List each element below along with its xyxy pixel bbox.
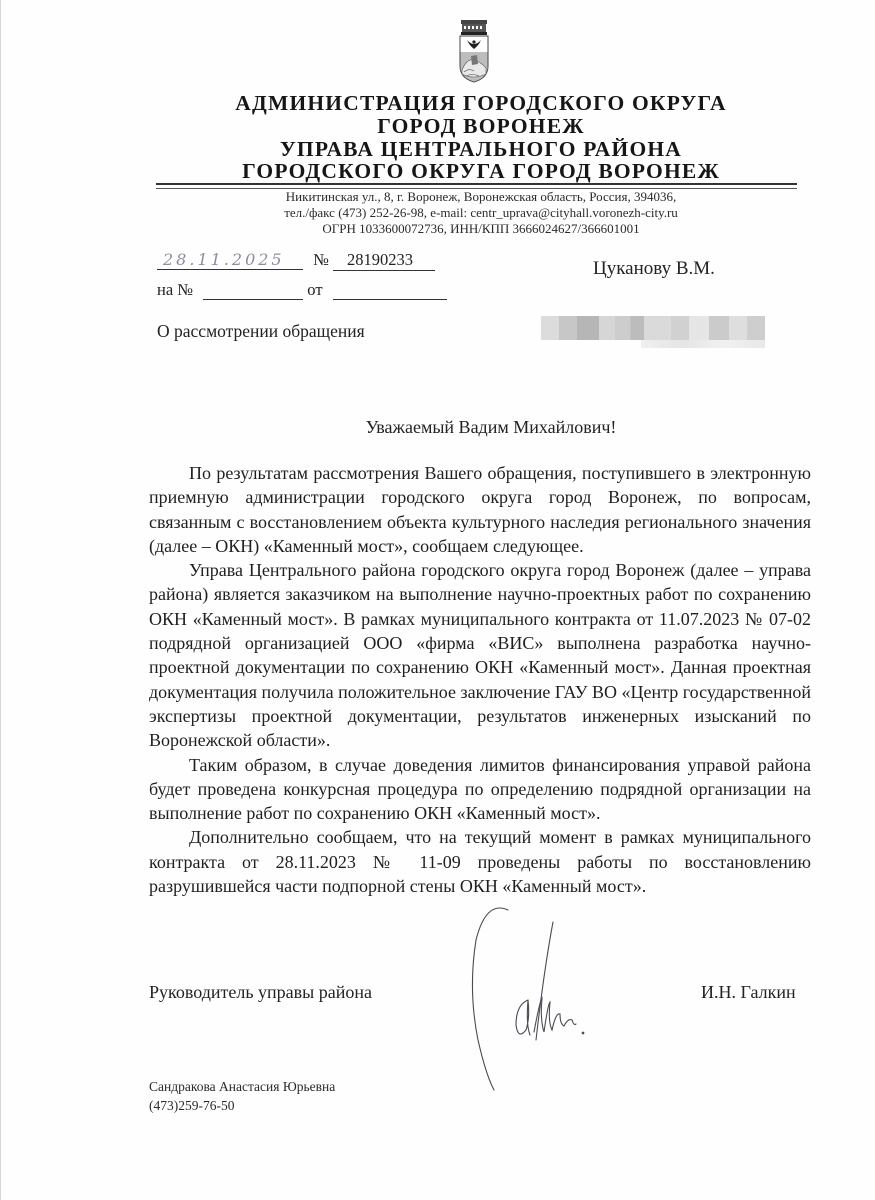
voronezh-coat-of-arms-icon: [457, 18, 491, 84]
executor-name: Сандракова Анастасия Юрьевна: [149, 1077, 335, 1096]
letterhead-line-1: АДМИНИСТРАЦИЯ ГОРОДСКОГО ОКРУГА: [151, 92, 811, 114]
handwritten-signature-icon: [456, 900, 656, 1100]
letterhead-rule-thick: [156, 183, 797, 185]
signatory-name: И.Н. Галкин: [701, 982, 796, 1003]
ref-from-label: от: [307, 280, 322, 299]
number-label: №: [313, 250, 329, 269]
letterhead-ogrn-inn: ОГРН 1033600072736, ИНН/КПП 3666024627/3…: [151, 221, 811, 237]
letter-page: АДМИНИСТРАЦИЯ ГОРОДСКОГО ОКРУГА ГОРОД ВО…: [0, 0, 875, 1200]
signatory-position: Руководитель управы района: [149, 982, 372, 1003]
reference-line: на № от: [157, 280, 447, 300]
ref-date-field: [333, 281, 447, 300]
greeting: Уважаемый Вадим Михайлович!: [151, 417, 831, 438]
letterhead-address: Никитинская ул., 8, г. Воронеж, Воронежс…: [151, 189, 811, 205]
ref-number-label: на №: [157, 280, 193, 299]
letter-body: По результатам рассмотрения Вашего обращ…: [149, 461, 811, 898]
ref-number-field: [203, 281, 303, 300]
body-paragraph-3: Таким образом, в случае доведения лимито…: [149, 753, 811, 826]
letter-subject: О рассмотрении обращения: [157, 321, 365, 342]
addressee-name: Цуканову В.М.: [593, 258, 715, 280]
body-paragraph-4: Дополнительно сообщаем, что на текущий м…: [149, 825, 811, 898]
registration-number: 28190233: [333, 250, 435, 271]
redacted-address: [541, 316, 765, 340]
body-paragraph-2: Управа Центрального района городского ок…: [149, 558, 811, 752]
letterhead-phone-email: тел./факс (473) 252-26-98, e-mail: centr…: [151, 205, 811, 221]
registration-date: 28.11.2025: [157, 250, 303, 270]
registration-line: 28.11.2025 № 28190233: [157, 250, 435, 271]
body-paragraph-1: По результатам рассмотрения Вашего обращ…: [149, 461, 811, 558]
letterhead-line-2: ГОРОД ВОРОНЕЖ: [151, 115, 811, 137]
letterhead-line-4: ГОРОДСКОГО ОКРУГА ГОРОД ВОРОНЕЖ: [151, 160, 811, 182]
letterhead-line-3: УПРАВА ЦЕНТРАЛЬНОГО РАЙОНА: [151, 138, 811, 160]
redacted-address-tail: [641, 340, 765, 348]
executor-phone: (473)259-76-50: [149, 1096, 234, 1115]
